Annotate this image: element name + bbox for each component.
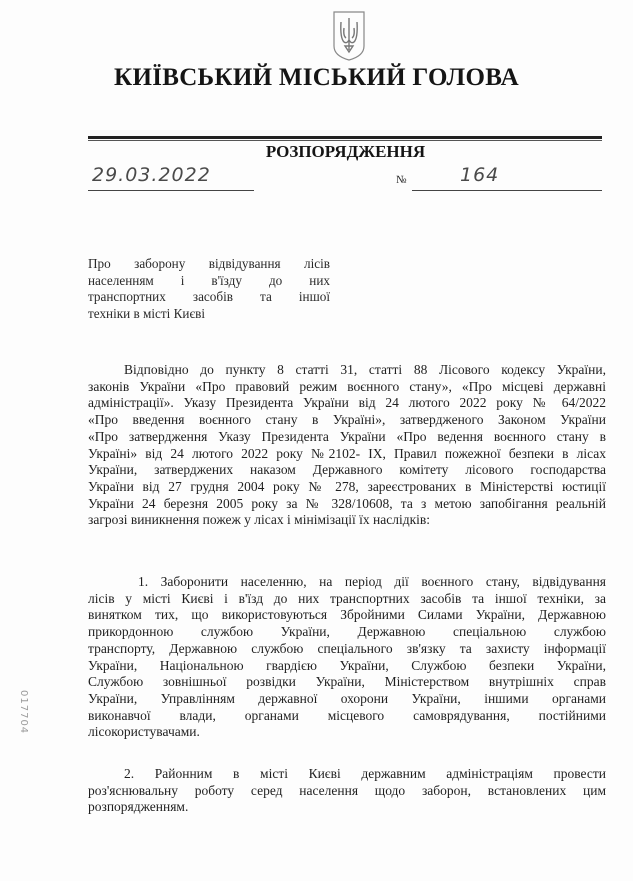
subject-line: населенням і в'їзду до них (88, 273, 330, 290)
text-line: винятком тих, що використовуються Збройн… (88, 607, 606, 624)
text-line: транспорту, Державною службою спеціально… (88, 641, 606, 658)
trident-emblem-icon (332, 10, 366, 62)
subject-line: техніки в місті Києві (88, 306, 330, 323)
document-type: РОЗПОРЯДЖЕННЯ (0, 142, 633, 162)
clause-2-paragraph: 2. Районним в місті Києві державним адмі… (88, 766, 606, 816)
text-line: «Про введення воєнного стану в Україні»,… (88, 412, 606, 429)
date-value: 29.03.2022 (92, 164, 211, 186)
date-field: 29.03.2022 (88, 164, 254, 191)
text-line: України, затверджених наказом Державного… (88, 462, 606, 479)
text-line: України, Національною гвардією України, … (88, 658, 606, 675)
text-line: 2. Районним в місті Києві державним адмі… (88, 766, 606, 783)
text-line: прикордонною службою України, Державною … (88, 624, 606, 641)
header-rule-thin (88, 140, 602, 141)
text-line: лісів у місті Києві і в'їзд до них транс… (88, 591, 606, 608)
number-field: 164 (412, 164, 602, 191)
text-line: лісокористувачами. (88, 724, 606, 741)
issuer-title: КИЇВСЬКИЙ МІСЬКИЙ ГОЛОВА (0, 64, 633, 92)
subject-line: Про заборону відвідування лісів (88, 256, 330, 273)
text-line: України, Управлінням державної охорони У… (88, 691, 606, 708)
text-line: виконавчої влади, органами місцевого сам… (88, 708, 606, 725)
subject-line: транспортних засобів та іншої (88, 289, 330, 306)
text-line: розпорядженням. (88, 799, 606, 816)
clause-1-paragraph: 1. Заборонити населенню, на період дії в… (88, 574, 606, 741)
text-line: «Про затвердження Указу Президента Украї… (88, 429, 606, 446)
document-page: КИЇВСЬКИЙ МІСЬКИЙ ГОЛОВА РОЗПОРЯДЖЕННЯ 2… (0, 0, 633, 881)
margin-serial-stamp: 017704 (18, 690, 29, 734)
number-value: 164 (460, 164, 499, 186)
header-rule (88, 136, 602, 139)
text-line: законів України «Про правовий режим воєн… (88, 379, 606, 396)
text-line: адміністрації». Указу Президента України… (88, 395, 606, 412)
text-line: роз'яснювальну роботу серед населення що… (88, 783, 606, 800)
text-line: загрозі виникнення пожеж у лісах і мінім… (88, 512, 606, 529)
text-line: України від 27 грудня 2004 року № 278, з… (88, 479, 606, 496)
preamble-paragraph: Відповідно до пункту 8 статті 31, статті… (88, 362, 606, 529)
text-line: Україні» від 24 лютого 2022 року №2102- … (88, 446, 606, 463)
subject-block: Про заборону відвідування лісів населенн… (88, 256, 330, 322)
text-line: 1. Заборонити населенню, на період дії в… (88, 574, 606, 591)
text-line: України 24 березня 2005 року за № 328/10… (88, 496, 606, 513)
text-line: Відповідно до пункту 8 статті 31, статті… (88, 362, 606, 379)
text-line: Службою зовнішньої розвідки України, Мін… (88, 674, 606, 691)
number-label: № (396, 174, 407, 186)
